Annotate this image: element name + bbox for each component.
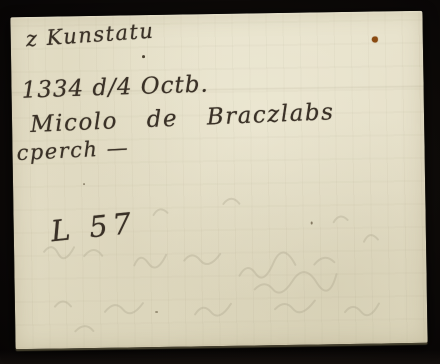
paper-speck [155,311,158,313]
laid-paper-texture [10,11,427,349]
bleed-through-marks [10,11,427,349]
photograph-background: z Kunstatu 1334 d/4 Octb. Micolo de Brac… [0,0,440,364]
paper-speck [83,183,85,185]
handwritten-shelfmark: L 57 [49,206,137,249]
rust-spot [372,36,378,42]
handwritten-place-line: z Kunstatu [25,19,155,52]
handwritten-date-line: 1334 d/4 Octb. [21,72,209,104]
manuscript-card: z Kunstatu 1334 d/4 Octb. Micolo de Brac… [10,11,427,349]
handwritten-name-line: Micolo de Braczlabs [30,99,335,138]
paper-speck [311,222,313,225]
handwritten-note-line: cperch — [16,135,130,165]
ink-speck [142,55,145,58]
